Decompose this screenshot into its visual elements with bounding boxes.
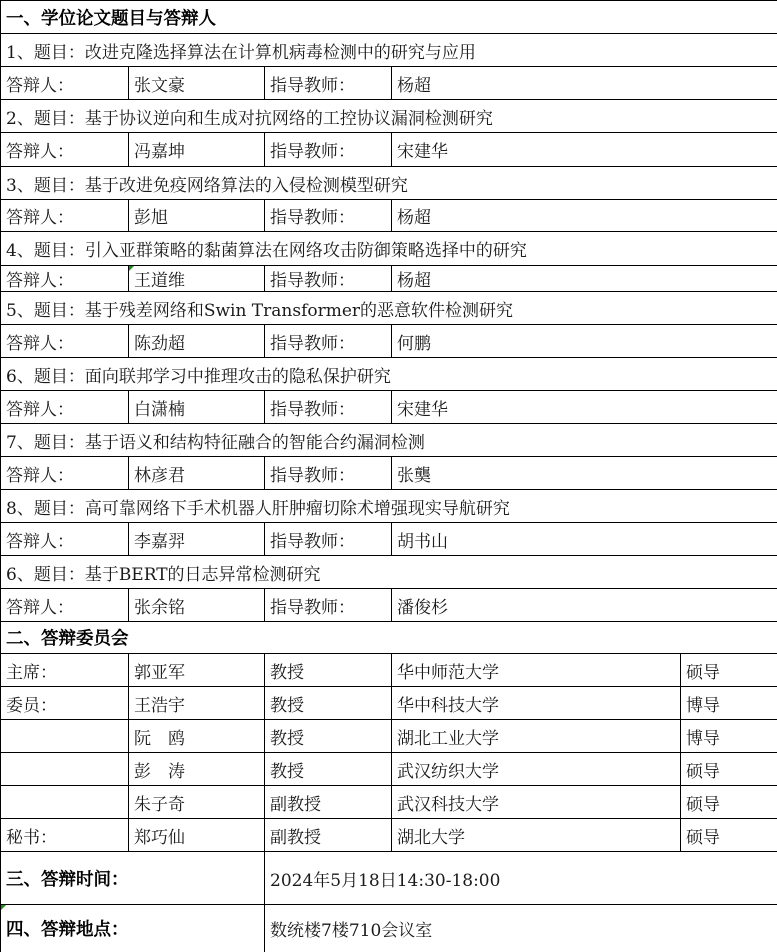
committee-name[interactable]: 郭亚军 — [129, 654, 265, 687]
committee-role[interactable] — [1, 786, 129, 819]
defender-label[interactable]: 答辩人： — [1, 457, 129, 490]
thesis-topic[interactable]: 6、题目：面向联邦学习中推理攻击的隐私保护研究 — [1, 358, 777, 391]
committee-supervisor-type[interactable]: 硕导 — [681, 654, 777, 687]
advisor-name[interactable]: 宋建华 — [392, 133, 777, 167]
committee-row: 秘书： 郑巧仙 副教授 湖北大学 硕导 — [1, 819, 777, 852]
thesis-topic-row: 7、题目：基于语义和结构特征融合的智能合约漏洞检测 — [1, 424, 777, 457]
committee-title[interactable]: 教授 — [265, 654, 392, 687]
thesis-topic[interactable]: 5、题目：基于残差网络和Swin Transformer的恶意软件检测研究 — [1, 292, 777, 325]
defense-schedule-table: 一、学位论文题目与答辩人 1、题目：改进克隆选择算法在计算机病毒检测中的研究与应… — [0, 0, 777, 952]
defender-label[interactable]: 答辩人： — [1, 266, 129, 292]
advisor-label[interactable]: 指导教师： — [265, 589, 392, 622]
advisor-label[interactable]: 指导教师： — [265, 325, 392, 358]
advisor-name[interactable]: 胡书山 — [392, 523, 777, 556]
committee-institution[interactable]: 湖北工业大学 — [392, 720, 681, 753]
thesis-people-row: 答辩人： 林彦君 指导教师： 张龑 — [1, 457, 777, 490]
committee-row: 阮 鸥 教授 湖北工业大学 博导 — [1, 720, 777, 753]
advisor-label[interactable]: 指导教师： — [265, 200, 392, 232]
thesis-topic-row: 1、题目：改进克隆选择算法在计算机病毒检测中的研究与应用 — [1, 34, 777, 67]
committee-title[interactable]: 副教授 — [265, 786, 392, 819]
defender-name[interactable]: 白潇楠 — [129, 391, 265, 424]
thesis-topic[interactable]: 8、题目：高可靠网络下手术机器人肝肿瘤切除术增强现实导航研究 — [1, 490, 777, 523]
defender-label[interactable]: 答辩人： — [1, 391, 129, 424]
advisor-label[interactable]: 指导教师： — [265, 523, 392, 556]
advisor-name[interactable]: 潘俊杉 — [392, 589, 777, 622]
thesis-topic-row: 5、题目：基于残差网络和Swin Transformer的恶意软件检测研究 — [1, 292, 777, 325]
committee-name[interactable]: 郑巧仙 — [129, 819, 265, 852]
thesis-people-row: 答辩人： 张余铭 指导教师： 潘俊杉 — [1, 589, 777, 622]
committee-row: 朱子奇 副教授 武汉科技大学 硕导 — [1, 786, 777, 819]
committee-supervisor-type[interactable]: 硕导 — [681, 786, 777, 819]
defender-label[interactable]: 答辩人： — [1, 523, 129, 556]
committee-row: 委员： 王浩宇 教授 华中科技大学 博导 — [1, 687, 777, 720]
defense-location[interactable]: 数统楼7楼710会议室 — [265, 905, 777, 952]
advisor-name[interactable]: 杨超 — [392, 200, 777, 232]
thesis-topic[interactable]: 1、题目：改进克隆选择算法在计算机病毒检测中的研究与应用 — [1, 34, 777, 67]
committee-name[interactable]: 朱子奇 — [129, 786, 265, 819]
advisor-label[interactable]: 指导教师： — [265, 391, 392, 424]
defender-name[interactable]: 彭旭 — [129, 200, 265, 232]
committee-institution[interactable]: 武汉科技大学 — [392, 786, 681, 819]
defender-name[interactable]: 林彦君 — [129, 457, 265, 490]
advisor-label[interactable]: 指导教师： — [265, 266, 392, 292]
committee-institution[interactable]: 武汉纺织大学 — [392, 753, 681, 786]
committee-title[interactable]: 教授 — [265, 720, 392, 753]
advisor-name[interactable]: 张龑 — [392, 457, 777, 490]
thesis-topic[interactable]: 4、题目：引入亚群策略的黏菌算法在网络攻击防御策略选择中的研究 — [1, 232, 777, 266]
section1-header-row: 一、学位论文题目与答辩人 — [1, 1, 777, 34]
advisor-name[interactable]: 杨超 — [392, 266, 777, 292]
section3-title[interactable]: 三、答辩时间： — [1, 852, 265, 905]
section3-row: 三、答辩时间： 2024年5月18日14:30-18:00 — [1, 852, 777, 905]
committee-role[interactable] — [1, 720, 129, 753]
section1-title[interactable]: 一、学位论文题目与答辩人 — [1, 1, 777, 34]
thesis-topic-row: 3、题目：基于改进免疫网络算法的入侵检测模型研究 — [1, 167, 777, 200]
committee-title[interactable]: 副教授 — [265, 819, 392, 852]
thesis-people-row: 答辩人： 彭旭 指导教师： 杨超 — [1, 200, 777, 232]
committee-role[interactable]: 秘书： — [1, 819, 129, 852]
committee-role[interactable] — [1, 753, 129, 786]
defender-name[interactable]: 冯嘉坤 — [129, 133, 265, 167]
committee-supervisor-type[interactable]: 硕导 — [681, 753, 777, 786]
thesis-people-row: 答辩人： 李嘉羿 指导教师： 胡书山 — [1, 523, 777, 556]
thesis-topic[interactable]: 7、题目：基于语义和结构特征融合的智能合约漏洞检测 — [1, 424, 777, 457]
committee-supervisor-type[interactable]: 硕导 — [681, 819, 777, 852]
defender-label[interactable]: 答辩人： — [1, 133, 129, 167]
advisor-label[interactable]: 指导教师： — [265, 67, 392, 100]
thesis-people-row: 答辩人： 白潇楠 指导教师： 宋建华 — [1, 391, 777, 424]
thesis-people-row: 答辩人： 冯嘉坤 指导教师： 宋建华 — [1, 133, 777, 167]
thesis-topic-row: 6、题目：基于BERT的日志异常检测研究 — [1, 556, 777, 589]
advisor-name[interactable]: 杨超 — [392, 67, 777, 100]
committee-title[interactable]: 教授 — [265, 753, 392, 786]
defender-name[interactable]: 李嘉羿 — [129, 523, 265, 556]
defender-name[interactable]: 张余铭 — [129, 589, 265, 622]
thesis-people-row: 答辩人： 陈劲超 指导教师： 何鹏 — [1, 325, 777, 358]
advisor-name[interactable]: 何鹏 — [392, 325, 777, 358]
section4-row: 四、答辩地点： 数统楼7楼710会议室 — [1, 905, 777, 952]
advisor-label[interactable]: 指导教师： — [265, 457, 392, 490]
defender-label[interactable]: 答辩人： — [1, 589, 129, 622]
thesis-people-row: 答辩人： 王道维 指导教师： 杨超 — [1, 266, 777, 292]
defender-label[interactable]: 答辩人： — [1, 67, 129, 100]
committee-row: 彭 涛 教授 武汉纺织大学 硕导 — [1, 753, 777, 786]
thesis-topic[interactable]: 6、题目：基于BERT的日志异常检测研究 — [1, 556, 777, 589]
committee-institution[interactable]: 华中师范大学 — [392, 654, 681, 687]
defender-name[interactable]: 张文豪 — [129, 67, 265, 100]
thesis-topic[interactable]: 2、题目：基于协议逆向和生成对抗网络的工控协议漏洞检测研究 — [1, 100, 777, 133]
committee-name[interactable]: 王浩宇 — [129, 687, 265, 720]
thesis-people-row: 答辩人： 张文豪 指导教师： 杨超 — [1, 67, 777, 100]
thesis-topic-row: 4、题目：引入亚群策略的黏菌算法在网络攻击防御策略选择中的研究 — [1, 232, 777, 266]
section4-title[interactable]: 四、答辩地点： — [1, 905, 265, 952]
committee-role[interactable]: 主席： — [1, 654, 129, 687]
defender-name[interactable]: 陈劲超 — [129, 325, 265, 358]
committee-institution[interactable]: 湖北大学 — [392, 819, 681, 852]
committee-name[interactable]: 阮 鸥 — [129, 720, 265, 753]
defender-label[interactable]: 答辩人： — [1, 200, 129, 232]
advisor-name[interactable]: 宋建华 — [392, 391, 777, 424]
thesis-topic-row: 6、题目：面向联邦学习中推理攻击的隐私保护研究 — [1, 358, 777, 391]
committee-name[interactable]: 彭 涛 — [129, 753, 265, 786]
section2-header-row: 二、答辩委员会 — [1, 622, 777, 654]
committee-supervisor-type[interactable]: 博导 — [681, 720, 777, 753]
defender-name[interactable]: 王道维 — [129, 266, 265, 292]
section2-title[interactable]: 二、答辩委员会 — [1, 622, 777, 654]
committee-supervisor-type[interactable]: 博导 — [681, 687, 777, 720]
advisor-label[interactable]: 指导教师： — [265, 133, 392, 167]
thesis-topic[interactable]: 3、题目：基于改进免疫网络算法的入侵检测模型研究 — [1, 167, 777, 200]
committee-row: 主席： 郭亚军 教授 华中师范大学 硕导 — [1, 654, 777, 687]
thesis-topic-row: 8、题目：高可靠网络下手术机器人肝肿瘤切除术增强现实导航研究 — [1, 490, 777, 523]
thesis-topic-row: 2、题目：基于协议逆向和生成对抗网络的工控协议漏洞检测研究 — [1, 100, 777, 133]
committee-role[interactable]: 委员： — [1, 687, 129, 720]
defense-time[interactable]: 2024年5月18日14:30-18:00 — [265, 852, 777, 905]
defender-label[interactable]: 答辩人： — [1, 325, 129, 358]
committee-title[interactable]: 教授 — [265, 687, 392, 720]
committee-institution[interactable]: 华中科技大学 — [392, 687, 681, 720]
